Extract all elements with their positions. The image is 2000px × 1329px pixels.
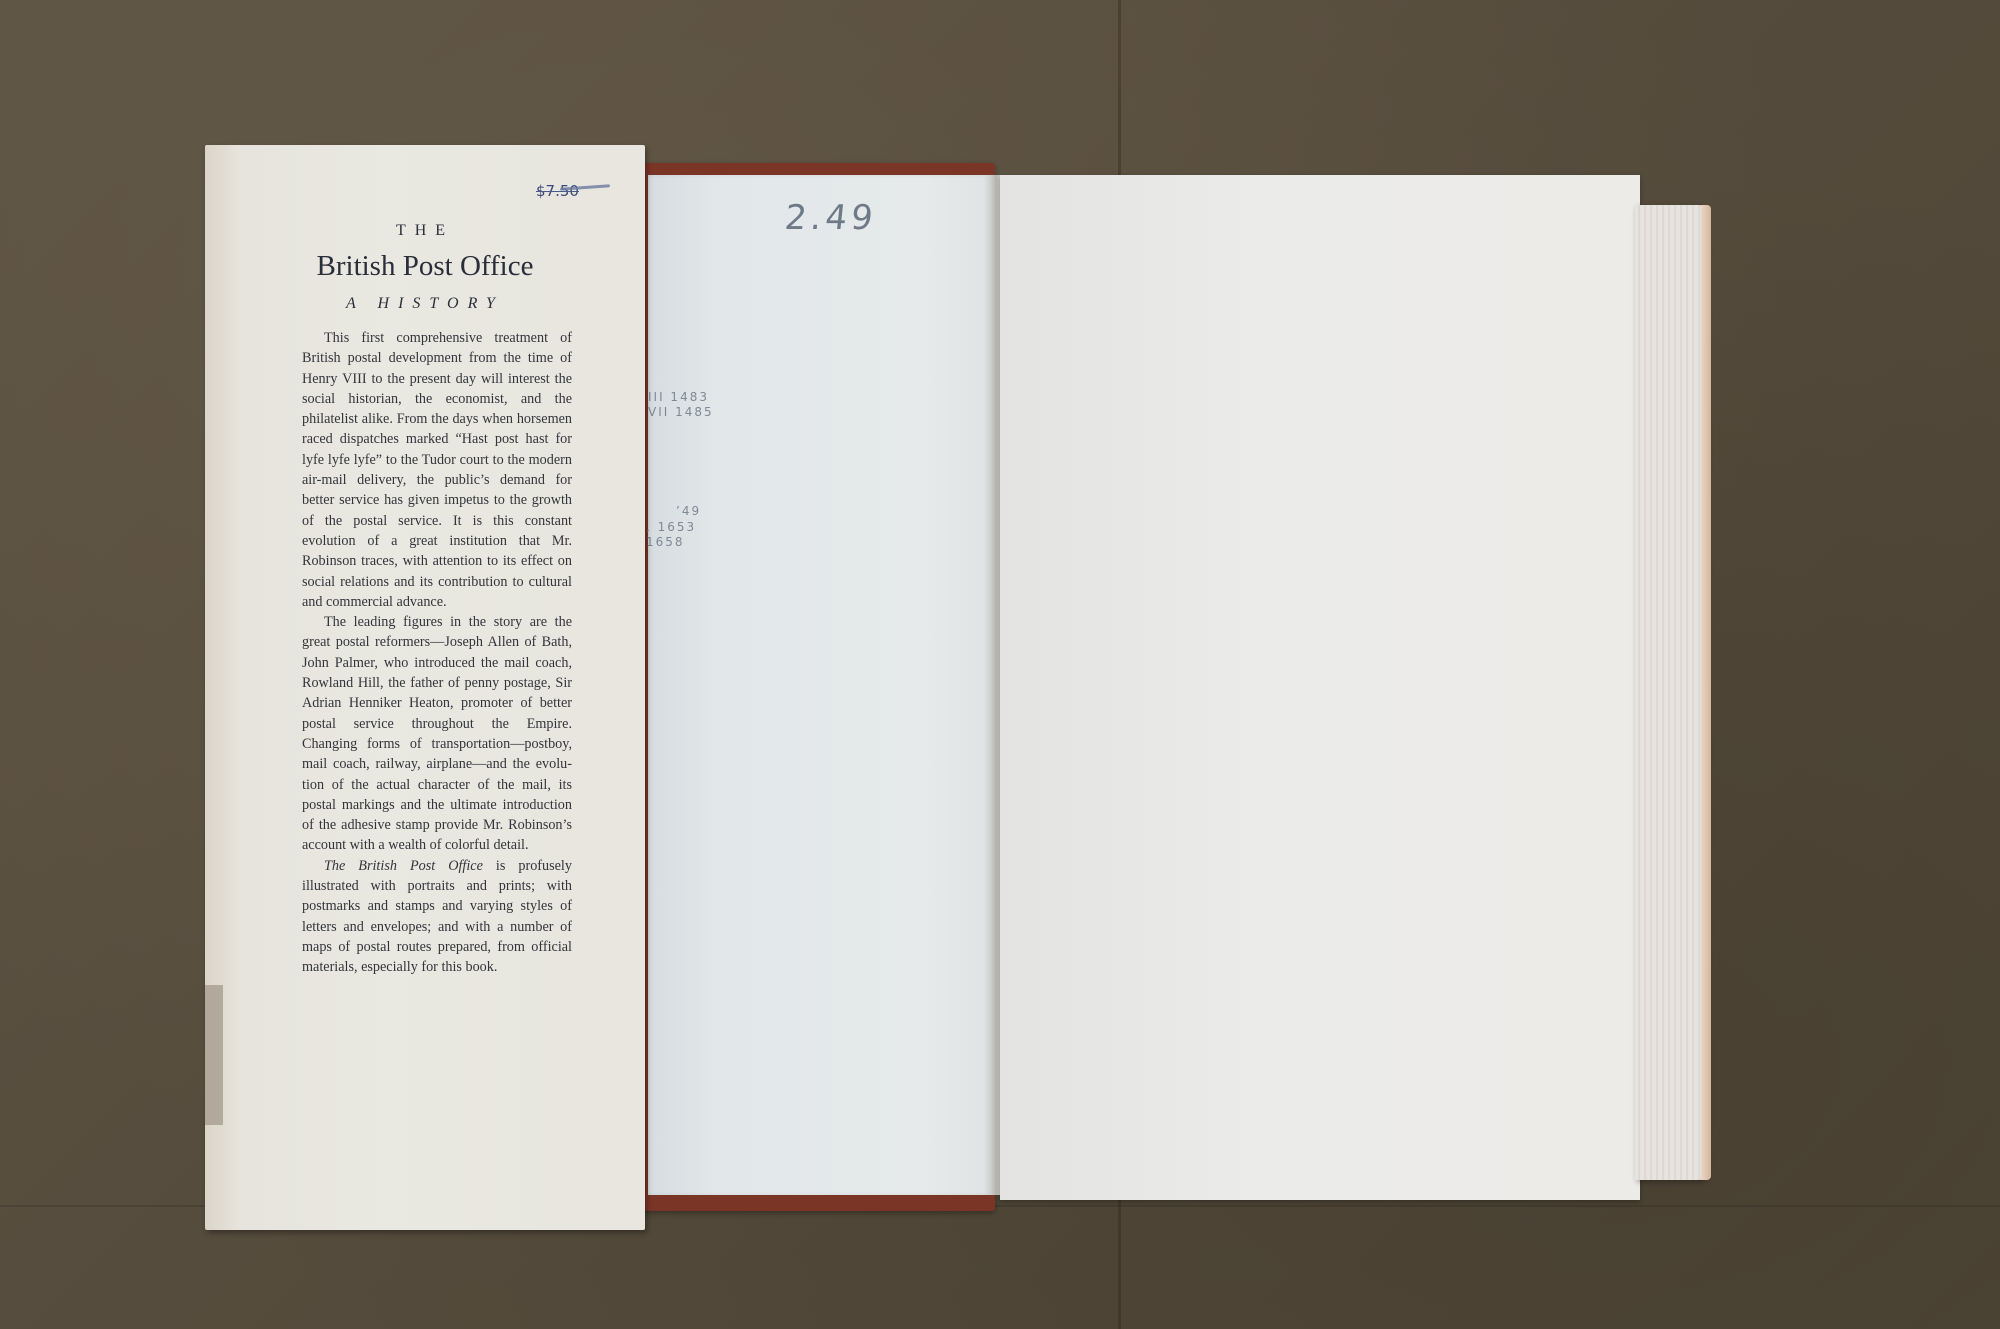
- pencil-note: , 1653: [646, 520, 696, 534]
- pencil-note: VII 1485: [648, 405, 714, 419]
- blurb-paragraph: The British Post Office is profusely ill…: [302, 856, 572, 978]
- flap-subtitle: A HISTORY: [205, 295, 645, 313]
- flap-blurb: This first comprehensive treatment of Br…: [302, 328, 572, 978]
- blurb-paragraph: This first comprehensive treatment of Br…: [302, 328, 572, 612]
- jacket-wear-mark: [205, 985, 223, 1125]
- blurb-paragraph: The leading figures in the story are the…: [302, 612, 572, 856]
- page-block-edges: [1635, 205, 1705, 1180]
- jacket-price: $7.50: [536, 182, 579, 200]
- blurb-text: is profusely illustrated with portraits …: [302, 858, 572, 975]
- pencil-note: 1658: [646, 535, 685, 549]
- right-endpaper: [1000, 175, 1640, 1200]
- flap-kicker: THE: [205, 222, 645, 240]
- flap-title: British Post Office: [205, 250, 645, 283]
- book-title-italic: The British Post Office: [324, 858, 483, 874]
- pencil-price: 2.49: [783, 198, 879, 238]
- pencil-note: ’49: [676, 504, 701, 518]
- pencil-note: III 1483: [648, 390, 709, 404]
- left-endpaper: [648, 175, 990, 1195]
